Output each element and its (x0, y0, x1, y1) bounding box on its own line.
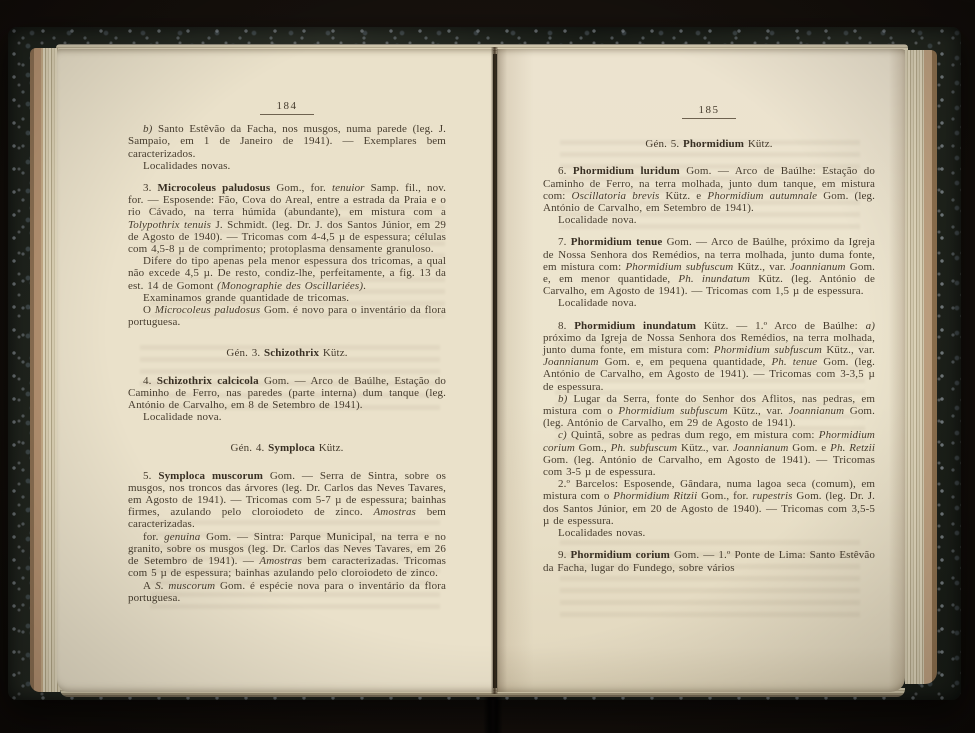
paragraph: Localidade nova. (543, 297, 875, 309)
right-page-body: Gén. 5. Phormidium Kütz.6. Phormidium lu… (543, 138, 875, 574)
paragraph: b) Santo Estêvão da Facha, nos musgos, n… (128, 123, 446, 160)
paragraph: Localidade nova. (128, 411, 446, 423)
genus-heading: Gén. 4. Symploca Kütz. (128, 442, 446, 454)
right-page-text-column: 185 Gén. 5. Phormidium Kütz.6. Phormidiu… (543, 104, 875, 574)
genus-heading: Gén. 3. Schizothrix Kütz. (128, 347, 446, 359)
paragraph: 9. Phormidium corium Gom. — 1.º Ponte de… (543, 549, 875, 573)
paragraph: 7. Phormidium tenue Gom. — Arco de Baúlh… (543, 236, 875, 297)
page-number-rule (260, 114, 314, 115)
paragraph: A S. muscorum Gom. é espécie nova para o… (128, 580, 446, 604)
paragraph: 6. Phormidium luridum Gom. — Arco de Baú… (543, 165, 875, 214)
paragraph: 2.º Barcelos: Esposende, Gândara, numa l… (543, 478, 875, 527)
paragraph: Localidade nova. (543, 214, 875, 226)
paragraph: O Microcoleus paludosus Gom. é novo para… (128, 304, 446, 328)
paragraph: Examinamos grande quantidade de tricomas… (128, 292, 446, 304)
left-page-text-column: 184 b) Santo Estêvão da Facha, nos musgo… (128, 100, 446, 604)
paragraph: Difere do tipo apenas pela menor espessu… (128, 255, 446, 292)
page-number-right: 185 (543, 104, 875, 116)
page-stack-right-edge (905, 50, 937, 684)
book-gutter (491, 47, 498, 694)
paragraph: b) Lugar da Serra, fonte do Senhor dos A… (543, 393, 875, 430)
genus-heading: Gén. 5. Phormidium Kütz. (543, 138, 875, 150)
paragraph: 5. Symploca muscorum Gom. — Serra de Sin… (128, 470, 446, 531)
paragraph: c) Quintã, sobre as pedras dum rego, em … (543, 429, 875, 478)
page-stack-left-edge (30, 48, 60, 692)
paragraph: for. genuina Gom. — Sintra: Parque Munic… (128, 531, 446, 580)
page-number-left: 184 (128, 100, 446, 112)
paragraph: 8. Phormidium inundatum Kütz. — 1.º Arco… (543, 320, 875, 393)
paragraph: Localidades novas. (543, 527, 875, 539)
page-number-rule (682, 118, 736, 119)
left-page-body: b) Santo Estêvão da Facha, nos musgos, n… (128, 123, 446, 604)
book-spine (483, 694, 503, 733)
paragraph: Localidades novas. (128, 160, 446, 172)
paragraph: 3. Microcoleus paludosus Gom., for. tenu… (128, 182, 446, 255)
paragraph: 4. Schizothrix calcicola Gom. — Arco de … (128, 375, 446, 412)
